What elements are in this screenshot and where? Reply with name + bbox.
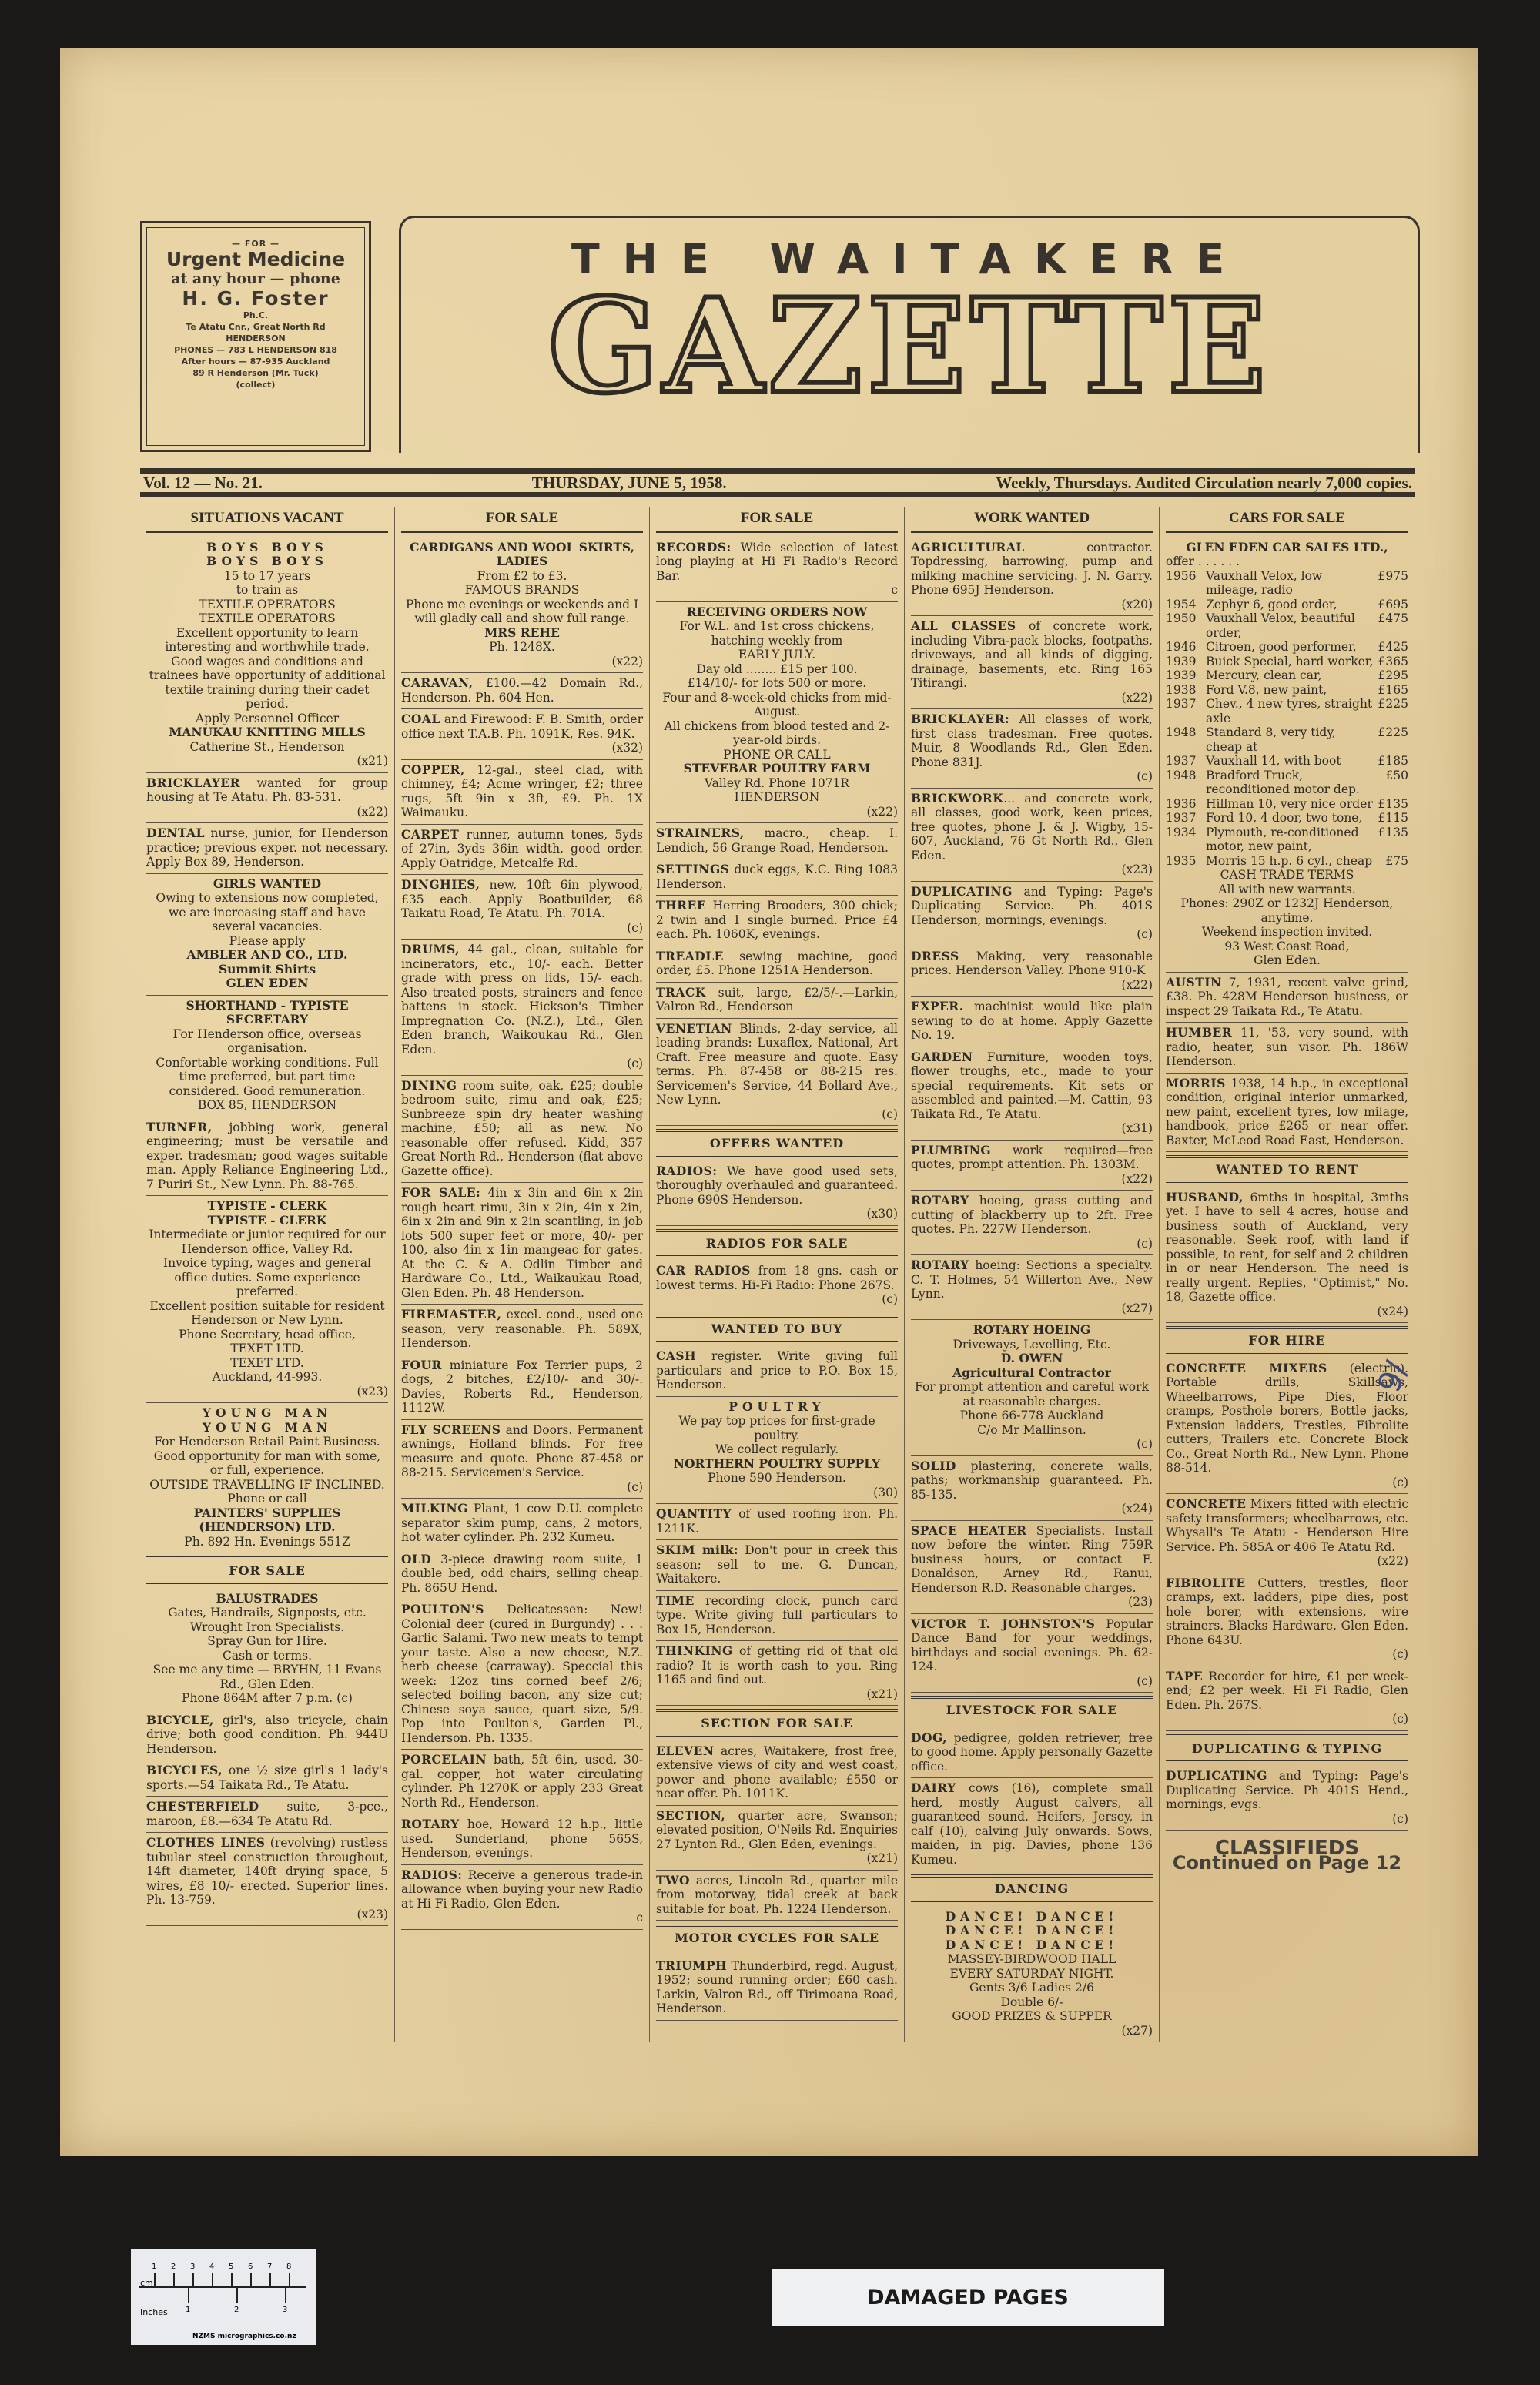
car-price: £135 <box>1378 797 1408 812</box>
classified-ad: PORCELAIN bath, 5ft 6in, used, 30-gal. c… <box>401 1750 643 1814</box>
ad-reference: (x22) <box>656 805 898 819</box>
ad-line: TEXET LTD. <box>146 1342 388 1356</box>
ad-line: NORTHERN POULTRY SUPPLY <box>656 1457 898 1472</box>
classified-ad: DENTAL nurse, junior, for Henderson prac… <box>146 823 388 874</box>
ad-reference: (x22) <box>401 655 643 669</box>
ad-line: From £2 to £3. <box>401 569 643 584</box>
ad-keyword: HUMBER <box>1166 1025 1232 1040</box>
car-description: Zephyr 6, good order, <box>1206 598 1374 612</box>
ad-text: 6mths in hospital, 3mths yet. I have to … <box>1166 1191 1408 1305</box>
ad-line: Phone Secretary, head office, <box>146 1328 388 1342</box>
ad-line: OUTSIDE TRAVELLING IF INCLINED. <box>146 1478 388 1492</box>
ad-reference: (x20) <box>911 598 1153 612</box>
ad-keyword: PORCELAIN <box>401 1752 487 1767</box>
ad-reference: (x32) <box>401 741 643 755</box>
ruler-brand: NZMS micrographics.co.nz <box>192 2333 296 2340</box>
classified-ad: BRICKLAYER: All classes of work, first c… <box>911 709 1153 789</box>
ad-line: Valley Rd. Phone 1071R <box>656 776 898 791</box>
car-description: Standard 8, very tidy, cheap at <box>1206 725 1374 754</box>
ad-keyword: CONCRETE <box>1166 1496 1246 1511</box>
ad-line: For Henderson Retail Paint Business. <box>146 1435 388 1449</box>
ad-line: For W.L. and 1st cross chickens, hatchin… <box>656 619 898 648</box>
section-heading: SECTION FOR SALE <box>656 1709 898 1737</box>
ad-line: Double 6/- <box>911 1995 1153 2010</box>
car-description: Morris 15 h.p. 6 cyl., cheap <box>1206 854 1381 869</box>
car-year: 1956 <box>1166 569 1201 598</box>
classified-ad: CLOTHES LINES (revolving) rustless tubul… <box>146 1833 388 1926</box>
section-heading: RADIOS FOR SALE <box>656 1229 898 1257</box>
ad-keyword: TIME <box>656 1593 695 1608</box>
ad-line: CARDIGANS AND WOOL SKIRTS, LADIES <box>401 541 643 569</box>
ad-keyword: COAL <box>401 712 440 726</box>
ad-keyword: RADIOS: <box>656 1164 718 1178</box>
classified-ad: MORRIS 1938, 14 h.p., in exceptional con… <box>1166 1074 1408 1153</box>
ad-line: DANCE! DANCE! <box>911 1938 1153 1953</box>
ad-line: EARLY JULY. <box>656 648 898 662</box>
ad-keyword: FOR SALE: <box>401 1185 480 1200</box>
classified-ad: OLD 3-piece drawing room suite, 1 double… <box>401 1549 643 1600</box>
ad-line: Ph. 1248X. <box>401 640 643 655</box>
ruler-cm-tick <box>250 2273 252 2286</box>
dealer-footer-line: All with new warrants. <box>1166 883 1408 897</box>
classified-ad: POULTON'S Delicatessen: New! Colonial de… <box>401 1599 643 1750</box>
ad-keyword: CARAVAN, <box>401 675 474 690</box>
ad-line: BOX 85, HENDERSON <box>146 1098 388 1113</box>
ad-keyword: EXPER. <box>911 999 964 1013</box>
ad-line: Phone 66-778 Auckland <box>911 1409 1153 1423</box>
classified-ad: DANCE! DANCE!DANCE! DANCE!DANCE! DANCE!M… <box>911 1907 1153 2043</box>
ad-line: Ph. 892 Hn. Evenings 551Z <box>146 1535 388 1549</box>
classified-ad: YOUNG MANYOUNG MANFor Henderson Retail P… <box>146 1403 388 1553</box>
ad-line: Gates, Handrails, Signposts, etc. <box>146 1606 388 1620</box>
ad-text: pedigree, golden retriever, free to good… <box>911 1731 1153 1774</box>
ad-keyword: VICTOR T. JOHNSTON'S <box>911 1616 1095 1631</box>
ad-keyword: STRAINERS, <box>656 826 745 840</box>
ad-reference: (x21) <box>656 1851 898 1866</box>
classified-ad: CASH register. Write giving full particu… <box>656 1346 898 1397</box>
ad-keyword: TRIUMPH <box>656 1958 727 1973</box>
ruler-cm-tick <box>154 2273 156 2286</box>
ad-reference: (x22) <box>911 978 1153 993</box>
classified-ad: SPACE HEATER Specialists. Install now be… <box>911 1521 1153 1614</box>
classified-ad: DUPLICATING and Typing: Page's Duplicati… <box>911 882 1153 946</box>
volume-number: Vol. 12 — No. 21. <box>143 474 263 493</box>
column-heading: FOR SALE <box>401 507 643 533</box>
car-listing: 1946Citroen, good performer,£425 <box>1166 640 1408 655</box>
car-year: 1935 <box>1166 854 1201 869</box>
ad-line: Excellent position suitable for resident… <box>146 1299 388 1328</box>
car-price: £165 <box>1378 683 1408 698</box>
ad-text: 44 gal., clean, suitable for incinerator… <box>401 943 643 1057</box>
ad-line: ROTARY HOEING <box>911 1323 1153 1338</box>
ad-reference: (x21) <box>656 1687 898 1702</box>
ad-keyword: CLOTHES LINES <box>146 1835 266 1850</box>
ad-keyword: FOUR <box>401 1358 442 1372</box>
column-1: SITUATIONS VACANTBOYS BOYSBOYS BOYS15 to… <box>140 507 395 2042</box>
ad-line: Day old ........ £15 per 100. <box>656 662 898 677</box>
masthead: THE WAITAKERE GAZETTE <box>399 216 1420 453</box>
ad-line: We pay top prices for first-grade poultr… <box>656 1414 898 1442</box>
ad-line: Cash or terms. <box>146 1649 388 1663</box>
ad-line: C/o Mr Mallinson. <box>911 1423 1153 1438</box>
ad-keyword: FIBROLITE <box>1166 1576 1246 1590</box>
ad-reference: (23) <box>911 1595 1153 1610</box>
classified-ad: THINKING of getting rid of that old radi… <box>656 1641 898 1706</box>
ad-keyword: RECORDS: <box>656 540 731 554</box>
car-listing: 1954Zephyr 6, good order,£695 <box>1166 598 1408 612</box>
ruler-inch-number: 1 <box>186 2306 190 2314</box>
ad-keyword: DUPLICATING <box>1166 1768 1267 1783</box>
classified-ad: BRICKWORK... and concrete work, all clas… <box>911 789 1153 882</box>
car-listing: 1939Mercury, clean car,£295 <box>1166 668 1408 683</box>
classified-ad: DRUMS, 44 gal., clean, suitable for inci… <box>401 940 643 1076</box>
ad-text: Delicatessen: New! Colonial deer (cured … <box>401 1603 643 1745</box>
ad-line: STEVEBAR POULTRY FARM <box>656 762 898 776</box>
car-year: 1937 <box>1166 811 1201 826</box>
car-price: £75 <box>1385 854 1408 869</box>
ad-line: We collect regularly. <box>656 1442 898 1457</box>
car-description: Buick Special, hard worker, <box>1206 655 1374 669</box>
ad-line: BOYS BOYS <box>146 541 388 555</box>
ad-line: Apply Personnel Officer <box>146 712 388 726</box>
car-listing: 1934Plymouth, re-conditioned motor, new … <box>1166 826 1408 854</box>
car-description: Ford 10, 4 door, two tone, <box>1206 811 1374 826</box>
car-year: 1938 <box>1166 683 1201 698</box>
ad-text: 3-piece drawing room suite, 1 double bed… <box>401 1553 643 1595</box>
ad-reference: (c) <box>656 1292 898 1307</box>
ruler-cm-tick <box>289 2273 290 2286</box>
dateline: Vol. 12 — No. 21. THURSDAY, JUNE 5, 1958… <box>140 468 1415 497</box>
masthead-title: GAZETTE <box>401 280 1418 411</box>
classified-ad: COAL and Firewood: F. B. Smith, order of… <box>401 709 643 760</box>
ruler-cm-number: 2 <box>171 2263 176 2271</box>
ad-reference: (x27) <box>911 1301 1153 1316</box>
ad-line: TEXTILE OPERATORS <box>146 611 388 626</box>
classified-ad: ROTARY hoe, Howard 12 h.p., little used.… <box>401 1814 643 1865</box>
ad-reference: (c) <box>1166 1712 1408 1727</box>
ad-line: HENDERSON <box>656 790 898 805</box>
ad-keyword: DUPLICATING <box>911 884 1013 899</box>
classified-ad: VICTOR T. JOHNSTON'S Popular Dance Band … <box>911 1614 1153 1693</box>
ad-reference: (c) <box>911 1237 1153 1251</box>
medicine-after: After hours — 87-935 Auckland <box>147 356 364 367</box>
classified-ad: ROTARY hoeing, grass cutting and cutting… <box>911 1191 1153 1255</box>
ad-line: Good wages and conditions and trainees h… <box>146 655 388 712</box>
ad-keyword: FLY SCREENS <box>401 1422 500 1437</box>
dealer-name: GLEN EDEN CAR SALES LTD., <box>1166 541 1408 555</box>
car-listing: 1937Vauxhall 14, with boot£185 <box>1166 754 1408 769</box>
classified-ad: TREADLE sewing machine, good order, £5. … <box>656 946 898 983</box>
ad-line: Phone 864M after 7 p.m. (c) <box>146 1691 388 1706</box>
ad-line: TYPISTE - CLERK <box>146 1199 388 1214</box>
ad-line: Auckland, 44-993. <box>146 1370 388 1385</box>
section-heading: LIVESTOCK FOR SALE <box>911 1696 1153 1723</box>
medicine-name: H. G. Foster <box>147 287 364 310</box>
ad-text: (electric). Portable drills, Skillsaws, … <box>1166 1362 1408 1476</box>
continued-page: Continued on Page 12 <box>1166 1856 1408 1871</box>
ad-keyword: ROTARY <box>401 1817 460 1831</box>
ad-line: AMBLER AND CO., LTD. <box>146 948 388 963</box>
ad-keyword: AUSTIN <box>1166 975 1222 990</box>
ad-reference: (c) <box>656 1107 898 1122</box>
section-heading: FOR HIRE <box>1166 1326 1408 1354</box>
medicine-after2: 89 R Henderson (Mr. Tuck) <box>147 367 364 379</box>
ad-line: Spray Gun for Hire. <box>146 1634 388 1649</box>
medicine-phones: PHONES — 783 L HENDERSON 818 <box>147 344 364 356</box>
ad-line: Confortable working conditions. Full tim… <box>146 1056 388 1099</box>
ad-line: RECEIVING ORDERS NOW <box>656 605 898 620</box>
car-description: Plymouth, re-conditioned motor, new pain… <box>1206 826 1374 854</box>
classified-ad: AUSTIN 7, 1931, recent valve grind, £38.… <box>1166 973 1408 1023</box>
car-year: 1937 <box>1166 697 1201 725</box>
medicine-collect: (collect) <box>147 379 364 390</box>
ad-reference: (x23) <box>146 1385 388 1399</box>
classified-ad: ROTARY HOEINGDriveways, Levelling, Etc.D… <box>911 1320 1153 1456</box>
ad-keyword: ELEVEN <box>656 1744 715 1758</box>
classified-ad: SECTION, quarter acre, Swanson; elevated… <box>656 1806 898 1871</box>
ruler-cm-tick <box>269 2273 271 2286</box>
classified-ad: THREE Herring Brooders, 300 chick; 2 twi… <box>656 896 898 946</box>
ad-keyword: THREE <box>656 898 706 913</box>
classified-ad: SOLID plastering, concrete walls, paths;… <box>911 1456 1153 1521</box>
classified-ad: DAIRY cows (16), complete small herd, mo… <box>911 1778 1153 1871</box>
car-year: 1939 <box>1166 668 1201 683</box>
classified-ad: ALL CLASSES of concrete work, including … <box>911 616 1153 709</box>
ad-line: TEXTILE OPERATORS <box>146 598 388 612</box>
ad-reference: (x24) <box>911 1502 1153 1516</box>
classified-ad: RECORDS: Wide selection of latest long p… <box>656 538 898 602</box>
car-listing: 1937Ford 10, 4 door, two tone,£115 <box>1166 811 1408 826</box>
ad-line: BALUSTRADES <box>146 1592 388 1606</box>
circulation: Weekly, Thursdays. Audited Circulation n… <box>996 474 1412 493</box>
car-price: £365 <box>1378 655 1408 669</box>
car-price: £225 <box>1378 697 1408 725</box>
ad-line: PHONE OR CALL <box>656 748 898 762</box>
section-heading: FOR SALE <box>146 1556 388 1584</box>
dealer-footer-line: CASH TRADE TERMS <box>1166 868 1408 883</box>
ruler-inch-tick <box>236 2286 238 2303</box>
ad-line: 15 to 17 years <box>146 569 388 584</box>
ad-line: DANCE! DANCE! <box>911 1910 1153 1924</box>
ad-keyword: TREADLE <box>656 949 724 963</box>
car-description: Vauxhall Velox, beautiful order, <box>1206 611 1374 640</box>
classified-ad: FOUR miniature Fox Terrier pups, 2 dogs,… <box>401 1355 643 1420</box>
ad-line: MANUKAU KNITTING MILLS <box>146 725 388 740</box>
ad-keyword: POULTON'S <box>401 1602 484 1616</box>
ruler-cm-number: 6 <box>248 2263 253 2271</box>
ruler-cm-tick <box>231 2273 233 2286</box>
column-heading: FOR SALE <box>656 507 898 533</box>
car-price: £975 <box>1378 569 1408 598</box>
ad-reference: (c) <box>1166 1476 1408 1490</box>
ad-keyword: SKIM milk: <box>656 1543 738 1557</box>
ad-line: All chickens from blood tested and 2-yea… <box>656 719 898 748</box>
classified-ad: QUANTITY of used roofing iron. Ph. 1211K… <box>656 1504 898 1540</box>
classified-ad: POULTRYWe pay top prices for first-grade… <box>656 1397 898 1505</box>
car-description: Ford V.8, new paint, <box>1206 683 1374 698</box>
ad-keyword: DINGHIES, <box>401 877 480 892</box>
classified-ad: TRIUMPH Thunderbird, regd. August, 1952;… <box>656 1956 898 2021</box>
car-year: 1939 <box>1166 655 1201 669</box>
medicine-qual: Ph.C. <box>147 310 364 321</box>
ad-line: DANCE! DANCE! <box>911 1924 1153 1938</box>
classified-ad: ROTARY hoeing: Sections a specialty. C. … <box>911 1255 1153 1320</box>
ad-line: For prompt attention and careful work at… <box>911 1380 1153 1409</box>
ad-line: Intermediate or junior required for our … <box>146 1228 388 1256</box>
ad-reference: (c) <box>911 927 1153 942</box>
dealer-offer: offer . . . . . . <box>1166 554 1408 569</box>
classified-ad: DINING room suite, oak, £25; double bedr… <box>401 1076 643 1184</box>
car-listing: 1950Vauxhall Velox, beautiful order,£475 <box>1166 611 1408 640</box>
ad-line: YOUNG MAN <box>146 1421 388 1435</box>
ad-keyword: BRICKLAYER: <box>911 712 1009 726</box>
ad-line: TEXET LTD. <box>146 1356 388 1371</box>
car-listing: 1935Morris 15 h.p. 6 cyl., cheap£75 <box>1166 854 1408 869</box>
classified-ad: TURNER, jobbing work, general engineerin… <box>146 1117 388 1197</box>
ad-keyword: SECTION, <box>656 1808 725 1823</box>
newspaper-page: — FOR — Urgent Medicine at any hour — ph… <box>60 48 1478 2156</box>
classified-ad: BICYCLES, one ½ size girl's 1 lady's spo… <box>146 1760 388 1797</box>
ruler-inch-number: 3 <box>283 2306 287 2314</box>
ad-line: FAMOUS BRANDS <box>401 583 643 598</box>
classified-ad: TWO acres, Lincoln Rd., quarter mile fro… <box>656 1871 898 1921</box>
ruler-cm-number: 7 <box>267 2263 272 2271</box>
ad-reference: (x23) <box>146 1908 388 1922</box>
car-year: 1946 <box>1166 640 1201 655</box>
issue-date: THURSDAY, JUNE 5, 1958. <box>532 474 727 493</box>
ad-line: YOUNG MAN <box>146 1406 388 1421</box>
car-listing: 1956Vauxhall Velox, low mileage, radio£9… <box>1166 569 1408 598</box>
ad-keyword: TRACK <box>656 985 706 1000</box>
classified-columns: SITUATIONS VACANTBOYS BOYSBOYS BOYS15 to… <box>140 507 1415 2042</box>
ad-reference: (x24) <box>1166 1305 1408 1319</box>
ad-reference: (x21) <box>146 754 388 769</box>
classified-ad: FIBROLITE Cutters, trestles, floor cramp… <box>1166 1573 1408 1666</box>
ad-line: BOYS BOYS <box>146 554 388 569</box>
ad-keyword: RADIOS: <box>401 1867 463 1882</box>
car-description: Vauxhall Velox, low mileage, radio <box>1206 569 1374 598</box>
ad-keyword: BICYCLES, <box>146 1763 223 1777</box>
ad-keyword: CARPET <box>401 827 459 842</box>
damaged-pages-label: DAMAGED PAGES <box>772 2269 1164 2326</box>
classified-ad: STRAINERS, macro., cheap. I. Lendich, 56… <box>656 823 898 859</box>
ruler-cm-number: 8 <box>286 2263 291 2271</box>
classified-ad: SKIM milk: Don't pour in creek this seas… <box>656 1540 898 1591</box>
car-price: £115 <box>1378 811 1408 826</box>
classified-ad: FIREMASTER, excel. cond., used one seaso… <box>401 1305 643 1355</box>
classified-ad: HUMBER 11, '53, very sound, with radio, … <box>1166 1023 1408 1074</box>
ad-keyword: BICYCLE, <box>146 1713 214 1727</box>
column-heading: SITUATIONS VACANT <box>146 507 388 533</box>
ad-keyword: SETTINGS <box>656 862 729 876</box>
ad-reference: (x22) <box>911 691 1153 705</box>
ad-reference: (x31) <box>911 1121 1153 1136</box>
classified-ad: DUPLICATING and Typing: Page's Duplicati… <box>1166 1766 1408 1831</box>
ad-line: Phone me evenings or weekends and I will… <box>401 598 643 626</box>
ad-line: GIRLS WANTED <box>146 877 388 892</box>
ad-line: MASSEY-BIRDWOOD HALL <box>911 1952 1153 1967</box>
ad-line: to train as <box>146 583 388 598</box>
car-year: 1948 <box>1166 769 1201 797</box>
ad-keyword: MORRIS <box>1166 1076 1226 1090</box>
column-5: CARS FOR SALEGLEN EDEN CAR SALES LTD.,of… <box>1160 507 1414 2042</box>
classified-ad: BICYCLE, girl's, also tricycle, chain dr… <box>146 1710 388 1761</box>
classified-ad: COPPER, 12-gal., steel clad, with chimne… <box>401 760 643 825</box>
ruler-cm-tick <box>212 2273 213 2286</box>
ad-line: TYPISTE - CLERK <box>146 1214 388 1228</box>
ruler-cm-number: 1 <box>152 2263 156 2271</box>
ad-reference: (x22) <box>1166 1554 1408 1569</box>
ad-keyword: FIREMASTER, <box>401 1307 501 1321</box>
car-price: £695 <box>1378 598 1408 612</box>
dealer-footer-line: Phones: 290Z or 1232J Henderson, anytime… <box>1166 896 1408 925</box>
ad-keyword: CHESTERFIELD <box>146 1799 259 1814</box>
car-description: Hillman 10, very nice order <box>1206 797 1374 812</box>
classified-ad: TIME recording clock, punch card type. W… <box>656 1591 898 1642</box>
ad-keyword: TURNER, <box>146 1120 213 1134</box>
car-listing: 1936Hillman 10, very nice order£135 <box>1166 797 1408 812</box>
car-price: £475 <box>1378 611 1408 640</box>
ad-line: Driveways, Levelling, Etc. <box>911 1338 1153 1352</box>
ad-reference: (30) <box>656 1486 898 1500</box>
classified-ad: FLY SCREENS and Doors. Permanent awnings… <box>401 1420 643 1499</box>
ad-reference: (x30) <box>656 1207 898 1221</box>
ad-line: Excellent opportunity to learn interesti… <box>146 626 388 655</box>
ad-line: Wrought Iron Specialists. <box>146 1620 388 1635</box>
classified-ad: EXPER. machinist would like plain sewing… <box>911 997 1153 1047</box>
ad-keyword: TAPE <box>1166 1669 1203 1683</box>
column-heading: WORK WANTED <box>911 507 1153 533</box>
ad-text: room suite, oak, £25; double bedroom sui… <box>401 1079 643 1178</box>
classified-ad: SETTINGS duck eggs, K.C. Ring 1083 Hende… <box>656 859 898 896</box>
ad-keyword: DAIRY <box>911 1780 956 1795</box>
section-heading: WANTED TO BUY <box>656 1315 898 1342</box>
ad-keyword: DRUMS, <box>401 942 460 956</box>
ad-reference: (c) <box>401 1480 643 1495</box>
ad-keyword: THINKING <box>656 1643 733 1658</box>
classified-ad: DRESS Making, very reasonable prices. He… <box>911 946 1153 997</box>
ad-keyword: PLUMBING <box>911 1143 991 1157</box>
classified-ad: BRICKLAYER wanted for group housing at T… <box>146 773 388 824</box>
ad-line: Phone or call <box>146 1492 388 1506</box>
ad-line: For Henderson office, overseas organisat… <box>146 1027 388 1056</box>
section-heading: MOTOR CYCLES FOR SALE <box>656 1924 898 1951</box>
ruler-cm-tick <box>173 2273 175 2286</box>
ad-line: Gents 3/6 Ladies 2/6 <box>911 1981 1153 1995</box>
scale-ruler: cm Inches 12345678123 NZMS micrographics… <box>131 2249 316 2345</box>
ad-keyword: CONCRETE MIXERS <box>1166 1361 1327 1375</box>
classified-ad: RADIOS: Receive a generous trade-in allo… <box>401 1865 643 1930</box>
classified-ad: CONCRETE MIXERS (electric). Portable dri… <box>1166 1358 1408 1495</box>
ad-line: See me any time — BRYHN, 11 Evans Rd., G… <box>146 1663 388 1691</box>
classified-ad: ELEVEN acres, Waitakere, frost free, ext… <box>656 1741 898 1806</box>
ad-line: SHORTHAND - TYPISTE <box>146 999 388 1013</box>
car-price: £225 <box>1378 725 1408 754</box>
ad-keyword: SPACE HEATER <box>911 1523 1026 1538</box>
ad-text: acres, Lincoln Rd., quarter mile from mo… <box>656 1874 898 1916</box>
ad-reference: (x22) <box>911 1172 1153 1187</box>
ad-keyword: BRICKLAYER <box>146 775 240 790</box>
classified-ad: HUSBAND, 6mths in hospital, 3mths yet. I… <box>1166 1187 1408 1324</box>
car-listing: 1948Standard 8, very tidy, cheap at£225 <box>1166 725 1408 754</box>
dealer-footer-line: Weekend inspection invited. <box>1166 925 1408 940</box>
ad-keyword: ALL CLASSES <box>911 618 1016 633</box>
classified-ad: CARPET runner, autumn tones, 5yds of 27i… <box>401 825 643 876</box>
ad-line: Please apply <box>146 934 388 949</box>
ad-line: MRS REHE <box>401 626 643 641</box>
ad-reference: (x23) <box>911 863 1153 877</box>
medicine-town: HENDERSON <box>147 333 364 344</box>
